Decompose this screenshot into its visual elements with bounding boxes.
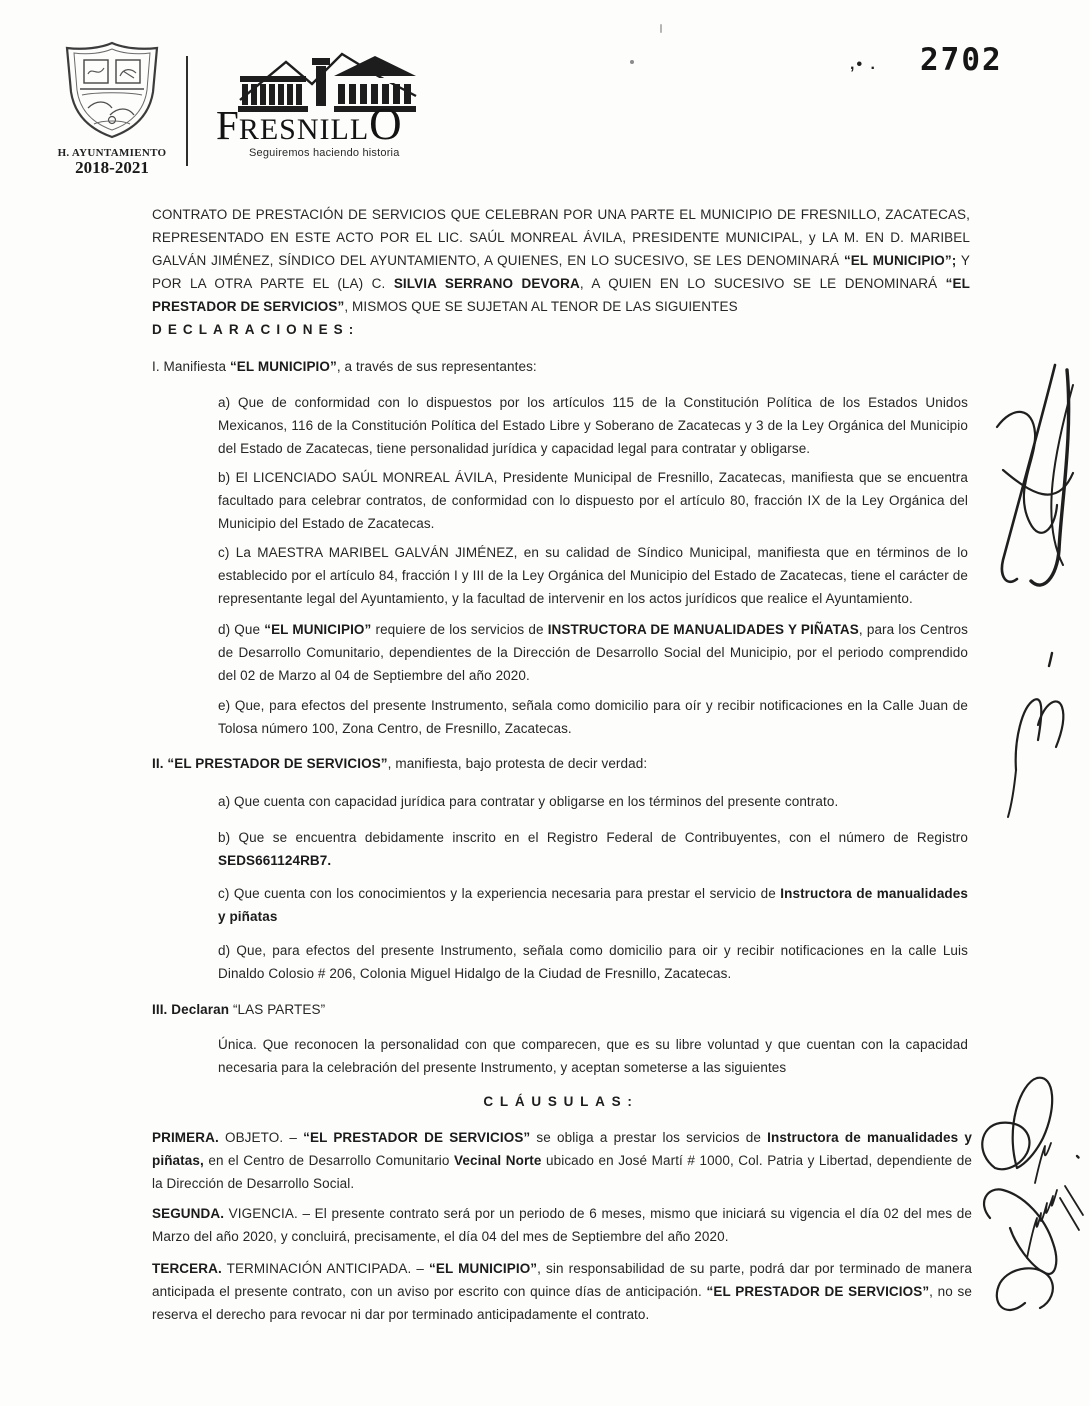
text-run: , a través de sus representantes: bbox=[337, 359, 537, 374]
text-run: SEDS661124RB7. bbox=[218, 853, 331, 868]
clause-segunda: SEGUNDA. VIGENCIA. – El presente contrat… bbox=[152, 1202, 972, 1248]
clause-tercera: TERCERA. TERMINACIÓN ANTICIPADA. – “EL M… bbox=[152, 1257, 972, 1326]
crest-years: 2018-2021 bbox=[56, 159, 168, 177]
section-ii-heading: II. “EL PRESTADOR DE SERVICIOS”, manifie… bbox=[152, 752, 970, 775]
clauses-title: CLÁUSULAS: bbox=[152, 1090, 970, 1113]
text-run: , A QUIEN EN LO SUCESIVO SE LE DENOMINAR… bbox=[580, 276, 946, 291]
text-run: a) Que cuenta con capacidad jurídica par… bbox=[218, 794, 838, 809]
declaration-item-e: e) Que, para efectos del presente Instru… bbox=[218, 694, 968, 740]
declaration-item-b: b) El LICENCIADO SAÚL MONREAL ÁVILA, Pre… bbox=[218, 466, 968, 535]
text-run: INSTRUCTORA DE MANUALIDADES Y PIÑATAS bbox=[548, 622, 859, 637]
header-divider bbox=[186, 56, 188, 166]
text-run: se obliga a prestar los servicios de bbox=[530, 1130, 767, 1145]
stamp-marks: ,• . bbox=[850, 56, 877, 74]
section-i-heading: I. Manifiesta “EL MUNICIPIO”, a través d… bbox=[152, 355, 970, 378]
document-page: H. AYUNTAMIENTO 2018-2021 FRESNILLO Segu… bbox=[0, 0, 1090, 1406]
margin-signature-scribble bbox=[985, 355, 1085, 630]
text-run: “EL MUNICIPIO” bbox=[230, 359, 337, 374]
declaration-item-c: c) La MAESTRA MARIBEL GALVÁN JIMÉNEZ, en… bbox=[218, 541, 968, 610]
text-run: a) Que de conformidad con lo dispuestos … bbox=[218, 395, 968, 456]
folio-number: 2702 bbox=[920, 42, 1003, 78]
text-run: en el Centro de Desarrollo Comunitario bbox=[204, 1153, 454, 1168]
text-run: VIGENCIA. – El presente contrato será po… bbox=[152, 1206, 972, 1244]
text-run: e) Que, para efectos del presente Instru… bbox=[218, 698, 968, 736]
text-run: “EL PRESTADOR DE SERVICIOS” bbox=[707, 1284, 930, 1299]
clause-primera: PRIMERA. OBJETO. – “EL PRESTADOR DE SERV… bbox=[152, 1126, 972, 1195]
text-run: “LAS PARTES” bbox=[233, 1002, 325, 1017]
brand-name-final: O bbox=[369, 99, 402, 149]
text-run: c) Que cuenta con los conocimientos y la… bbox=[218, 886, 780, 901]
text-run: TERMINACIÓN ANTICIPADA. – bbox=[222, 1261, 429, 1276]
text-run: “EL MUNICIPIO” bbox=[429, 1261, 537, 1276]
scan-speck bbox=[660, 24, 662, 33]
text-run: SEGUNDA. bbox=[152, 1206, 224, 1221]
text-run: Única. Que reconocen la personalidad con… bbox=[218, 1037, 968, 1075]
text-run: , manifiesta, bajo protesta de decir ver… bbox=[388, 756, 648, 771]
declaration-item-d: d) Que “EL MUNICIPIO” requiere de los se… bbox=[218, 618, 968, 687]
section-iii-heading: III. Declaran “LAS PARTES” bbox=[152, 998, 970, 1021]
text-run: c) La MAESTRA MARIBEL GALVÁN JIMÉNEZ, en… bbox=[218, 545, 968, 606]
text-run: d) Que bbox=[218, 622, 264, 637]
provider-item-a: a) Que cuenta con capacidad jurídica par… bbox=[218, 790, 968, 813]
intro-paragraph: CONTRATO DE PRESTACIÓN DE SERVICIOS QUE … bbox=[152, 203, 970, 318]
text-run: PRIMERA. bbox=[152, 1130, 219, 1145]
text-run: OBJETO. – bbox=[219, 1130, 303, 1145]
declaration-item-a: a) Que de conformidad con lo dispuestos … bbox=[218, 391, 968, 460]
text-run: , MISMOS QUE SE SUJETAN AL TENOR DE LAS … bbox=[344, 299, 737, 314]
text-run: “EL MUNICIPIO” bbox=[264, 622, 371, 637]
unica-paragraph: Única. Que reconocen la personalidad con… bbox=[218, 1033, 968, 1079]
text-run: II. “EL PRESTADOR DE SERVICIOS” bbox=[152, 756, 388, 771]
text-run: b) Que se encuentra debidamente inscrito… bbox=[218, 830, 968, 845]
municipal-crest: H. AYUNTAMIENTO 2018-2021 bbox=[56, 40, 168, 177]
brand-name-initial: F bbox=[216, 102, 239, 148]
text-run: “EL MUNICIPIO”; bbox=[844, 253, 956, 268]
brand-tagline: Seguiremos haciendo historia bbox=[249, 147, 400, 159]
text-run: b) El LICENCIADO SAÚL MONREAL ÁVILA, Pre… bbox=[218, 470, 968, 531]
brand-name: FRESNILLO bbox=[216, 100, 402, 154]
scan-speck bbox=[630, 60, 634, 64]
declarations-title: DECLARACIONES: bbox=[152, 318, 359, 341]
provider-item-c: c) Que cuenta con los conocimientos y la… bbox=[218, 882, 968, 928]
text-run: III. Declaran bbox=[152, 1002, 233, 1017]
text-run: TERCERA. bbox=[152, 1261, 222, 1276]
municipal-crest-icon bbox=[60, 40, 164, 140]
text-run: Vecinal Norte bbox=[454, 1153, 542, 1168]
provider-item-b: b) Que se encuentra debidamente inscrito… bbox=[218, 826, 968, 872]
text-run: requiere de los servicios de bbox=[371, 622, 547, 637]
provider-item-d: d) Que, para efectos del presente Instru… bbox=[218, 939, 968, 985]
margin-mark-scribble bbox=[1002, 645, 1087, 845]
text-run: “EL PRESTADOR DE SERVICIOS” bbox=[303, 1130, 530, 1145]
signature-flourish bbox=[965, 1068, 1090, 1343]
text-run: SILVIA SERRANO DEVORA bbox=[394, 276, 580, 291]
text-run: I. Manifiesta bbox=[152, 359, 230, 374]
brand-name-mid: RESNILL bbox=[239, 113, 369, 146]
text-run: d) Que, para efectos del presente Instru… bbox=[218, 943, 968, 981]
